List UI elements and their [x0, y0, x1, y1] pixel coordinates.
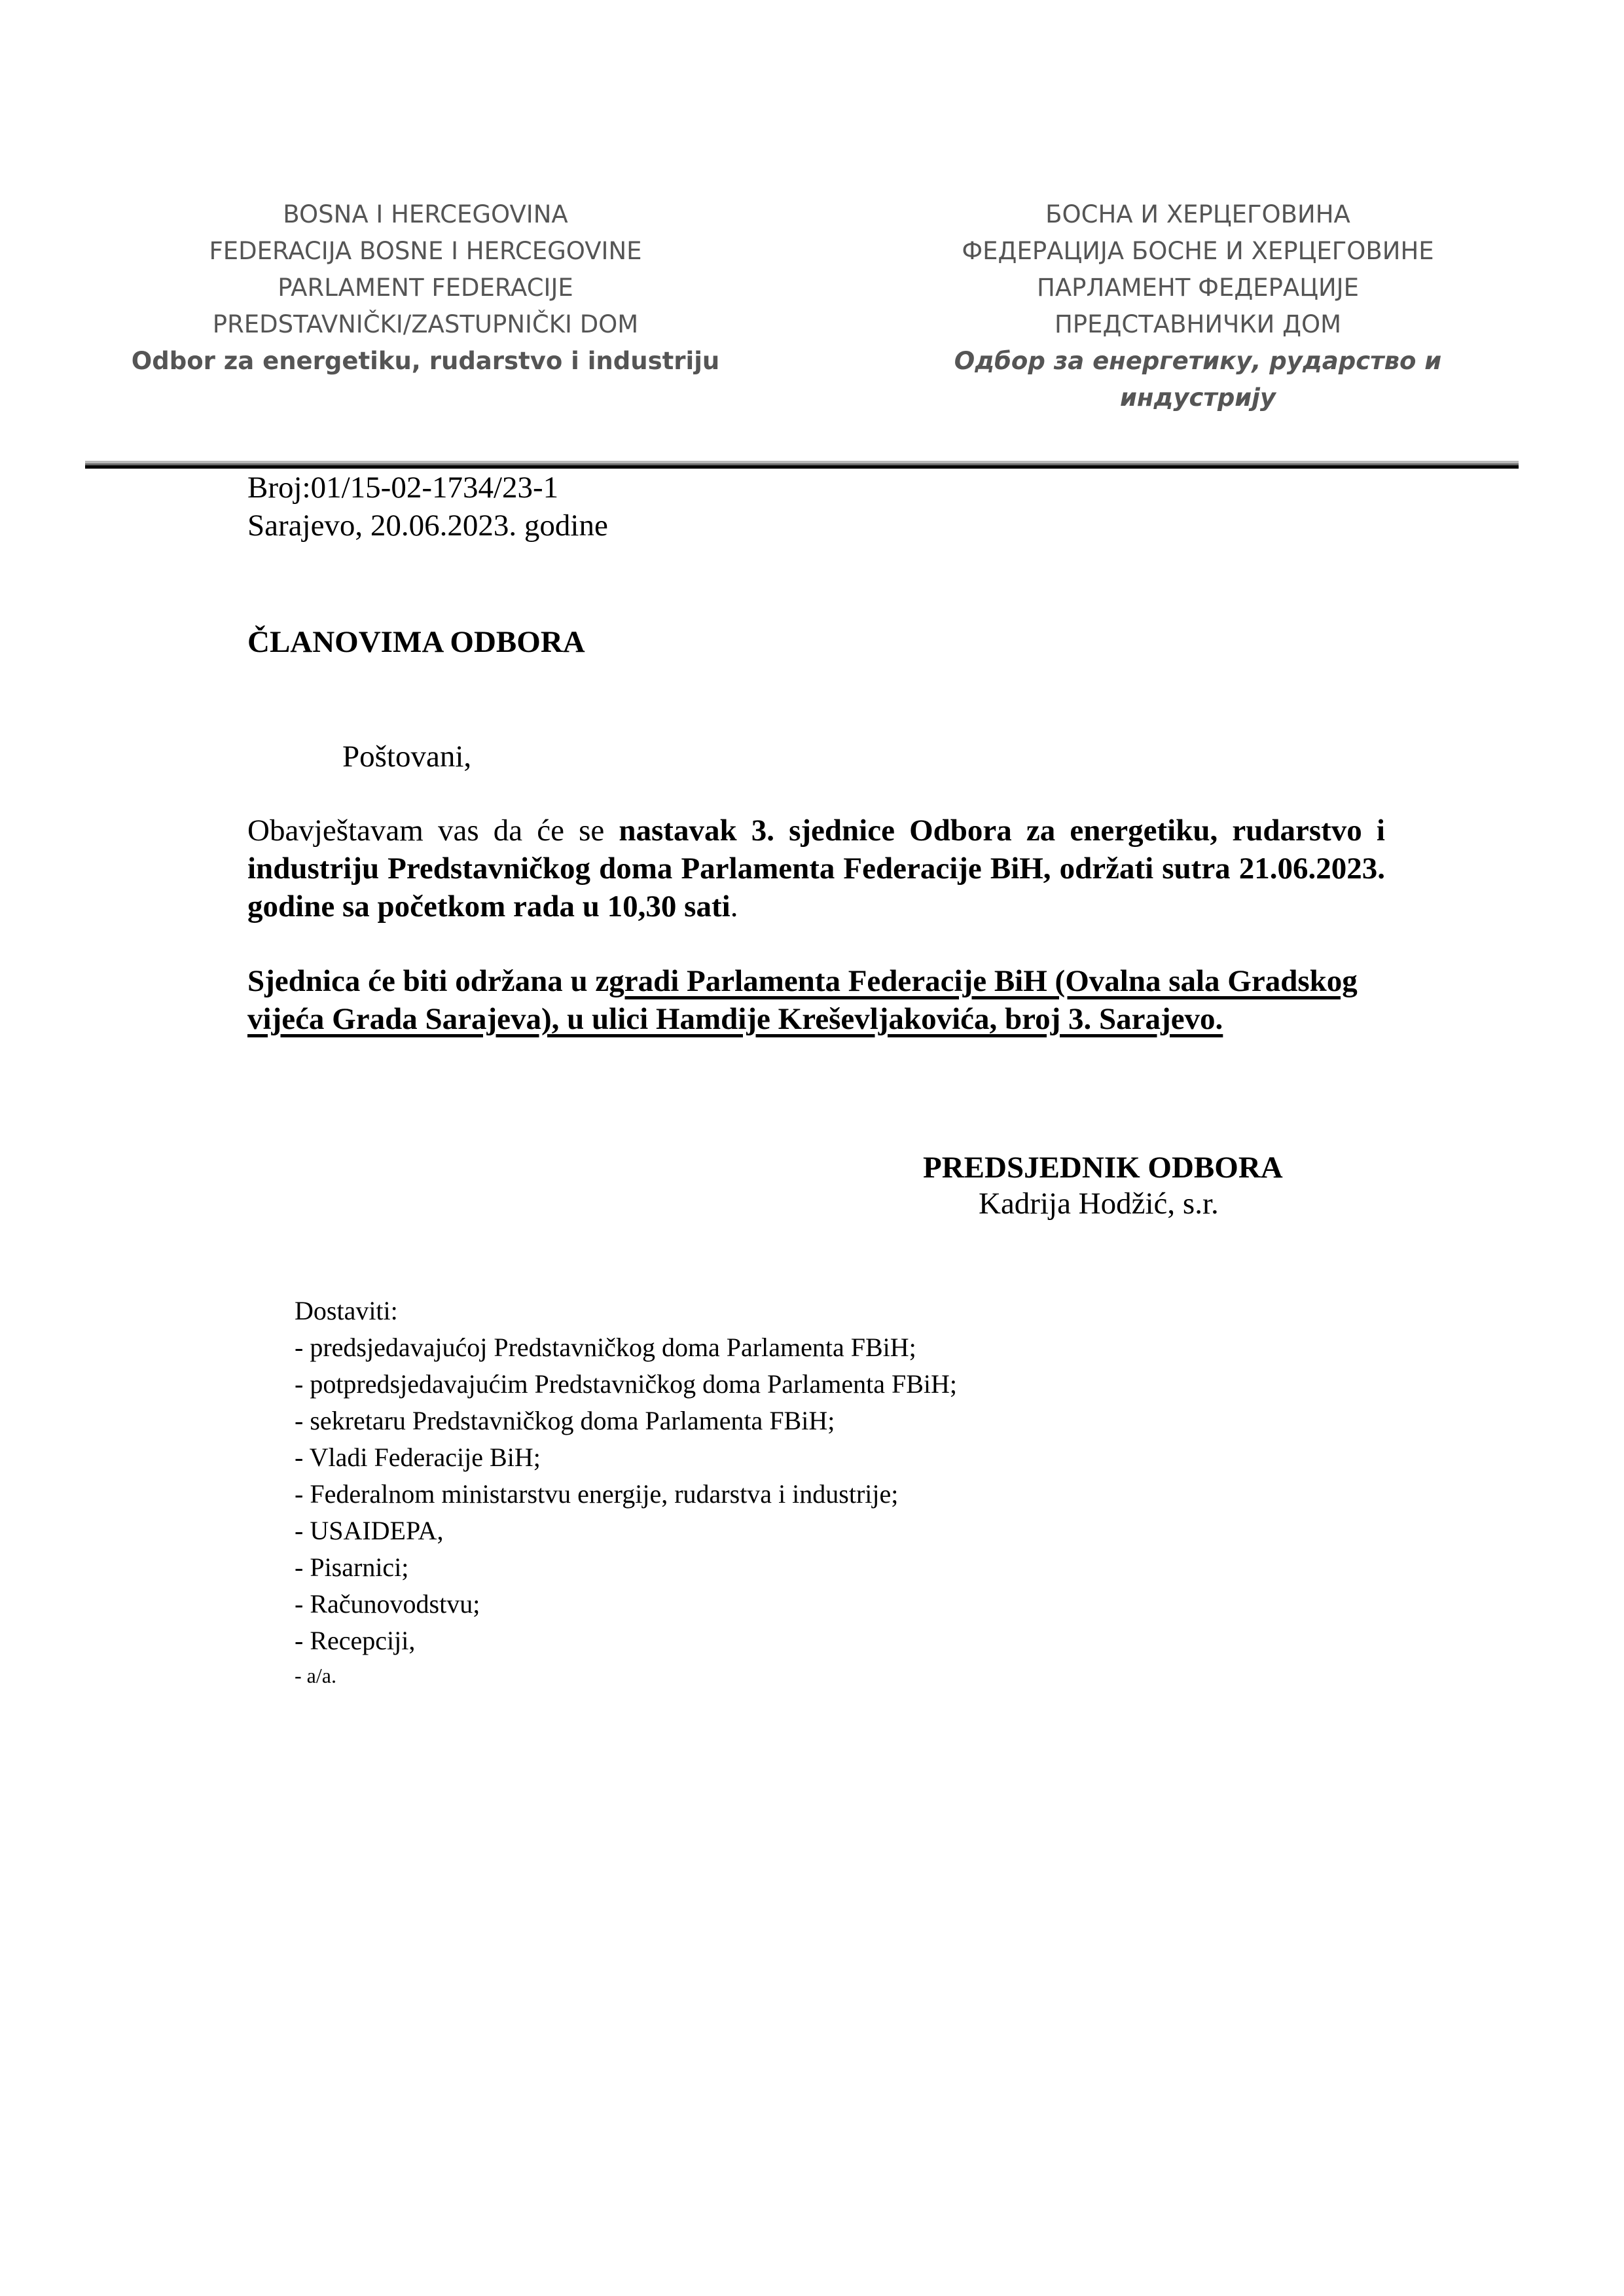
distribution-list: Dostaviti: - predsjedavajućoj Predstavni…	[295, 1293, 957, 1692]
body-paragraph-2: Sjednica će biti održana u zgradi Parlam…	[247, 962, 1399, 1038]
distribution-label: Dostaviti:	[295, 1293, 957, 1329]
distribution-item: - sekretaru Predstavničkog doma Parlamen…	[295, 1403, 957, 1439]
letterhead-line: ПРЕДСТАВНИЧКИ ДОМ	[903, 306, 1492, 343]
letterhead-line: ФЕДЕРАЦИЈА БОСНЕ И ХЕРЦЕГОВИНЕ	[903, 233, 1492, 270]
letterhead-line: BOSNA I HERCEGOVINA	[118, 196, 733, 233]
letterhead-line: FEDERACIJA BOSNE I HERCEGOVINE	[118, 233, 733, 270]
letterhead-line: БОСНА И ХЕРЦЕГОВИНА	[903, 196, 1492, 233]
distribution-item: - Recepciji,	[295, 1623, 957, 1659]
distribution-item: - Vladi Federacije BiH;	[295, 1439, 957, 1476]
distribution-item: - Računovodstvu;	[295, 1586, 957, 1623]
letterhead-cyrillic: БОСНА И ХЕРЦЕГОВИНА ФЕДЕРАЦИЈА БОСНЕ И Х…	[903, 196, 1492, 416]
distribution-item: - USAIDEPA,	[295, 1513, 957, 1549]
greeting: Poštovani,	[342, 738, 471, 776]
committee-name-cyrillic-2: индустрију	[903, 380, 1492, 416]
header-divider	[85, 461, 1519, 469]
committee-name-latin: Odbor za energetiku, rudarstvo i industr…	[118, 343, 733, 380]
committee-name-cyrillic-1: Одбор за енергетику, рударство и	[903, 343, 1492, 380]
place-date: Sarajevo, 20.06.2023. godine	[247, 507, 608, 545]
letterhead-line: PARLAMENT FEDERACIJE	[118, 270, 733, 306]
reference-number: Broj:01/15-02-1734/23-1	[247, 469, 608, 507]
paragraph-intro: Obavještavam vas da će se	[247, 814, 619, 848]
letterhead-line: ПАРЛАМЕНТ ФЕДЕРАЦИЈЕ	[903, 270, 1492, 306]
paragraph-end: .	[731, 889, 738, 924]
signature-name: Kadrija Hodžić, s.r.	[979, 1185, 1219, 1223]
letterhead-latin: BOSNA I HERCEGOVINA FEDERACIJA BOSNE I H…	[118, 196, 733, 380]
distribution-item: - Pisarnici;	[295, 1549, 957, 1586]
distribution-item-archive: - a/a.	[295, 1659, 957, 1692]
addressee: ČLANOVIMA ODBORA	[247, 623, 585, 661]
body-paragraph-1: Obavještavam vas da će se nastavak 3. sj…	[247, 812, 1385, 925]
letterhead-line: PREDSTAVNIČKI/ZASTUPNIČKI DOM	[118, 306, 733, 343]
distribution-item: - potpredsjedavajućim Predstavničkog dom…	[295, 1366, 957, 1403]
distribution-item: - Federalnom ministarstvu energije, ruda…	[295, 1476, 957, 1513]
paragraph-plain: Sjednica će biti održana u z	[247, 964, 609, 998]
distribution-item: - predsjedavajućoj Predstavničkog doma P…	[295, 1329, 957, 1366]
document-page: BOSNA I HERCEGOVINA FEDERACIJA BOSNE I H…	[0, 0, 1624, 2296]
reference-block: Broj:01/15-02-1734/23-1 Sarajevo, 20.06.…	[247, 469, 608, 545]
signature-title: PREDSJEDNIK ODBORA	[923, 1149, 1283, 1187]
